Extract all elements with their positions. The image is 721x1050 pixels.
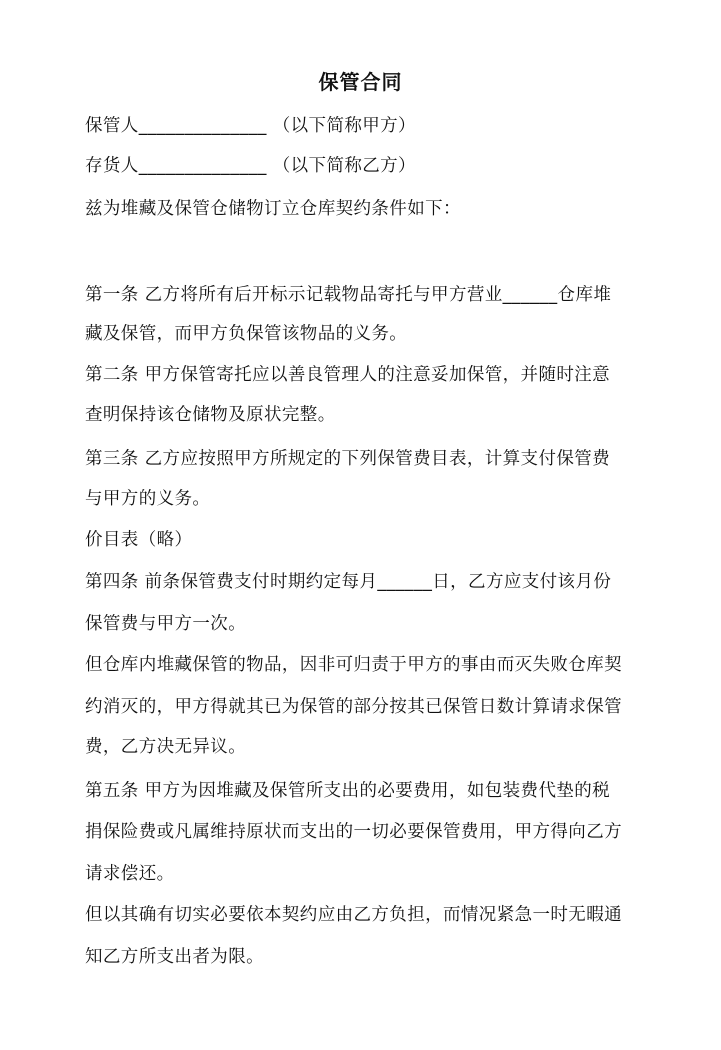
article-3-line-2: 与甲方的义务。 xyxy=(85,485,210,510)
article-5-line-3: 请求偿还。 xyxy=(85,860,175,885)
document-title: 保管合同 xyxy=(0,66,721,95)
article-5-line-1: 第五条 甲方为因堆藏及保管所支出的必要费用，如包装费代垫的税 xyxy=(85,777,610,802)
article-1-line-2: 藏及保管，而甲方负保管该物品的义务。 xyxy=(85,320,407,345)
article-5-proviso-line-2: 知乙方所支出者为限。 xyxy=(85,943,264,968)
preamble-line: 兹为堆藏及保管仓储物订立仓库契约条件如下： xyxy=(85,195,461,220)
article-4-proviso-line-1: 但仓库内堆藏保管的物品，因非可归责于甲方的事由而灭失败仓库契 xyxy=(85,651,622,676)
price-list-note: 价目表（略） xyxy=(85,526,192,551)
article-2-line-1: 第二条 甲方保管寄托应以善良管理人的注意妥加保管，并随时注意 xyxy=(85,361,610,386)
article-2-line-2: 查明保持该仓储物及原状完整。 xyxy=(85,401,336,426)
article-1-line-1: 第一条 乙方将所有后开标示记载物品寄托与甲方营业______仓库堆 xyxy=(85,281,611,306)
article-5-line-2: 捐保险费或凡属维持原状而支出的一切必要保管费用，甲方得向乙方 xyxy=(85,818,622,843)
article-4-proviso-line-3: 费，乙方决无异议。 xyxy=(85,733,246,758)
article-4-line-2: 保管费与甲方一次。 xyxy=(85,610,246,635)
article-5-proviso-line-1: 但以其确有切实必要依本契约应由乙方负担，而情况紧急一时无暇通 xyxy=(85,901,622,926)
party-b-line: 存货人______________ （以下简称乙方） xyxy=(85,152,416,177)
article-3-line-1: 第三条 乙方应按照甲方所规定的下列保管费目表，计算支付保管费 xyxy=(85,445,610,470)
party-a-line: 保管人______________ （以下简称甲方） xyxy=(85,112,416,137)
article-4-proviso-line-2: 约消灭的，甲方得就其已为保管的部分按其已保管日数计算请求保管 xyxy=(85,693,622,718)
article-4-line-1: 第四条 前条保管费支付时期约定每月______日，乙方应支付该月份 xyxy=(85,568,611,593)
